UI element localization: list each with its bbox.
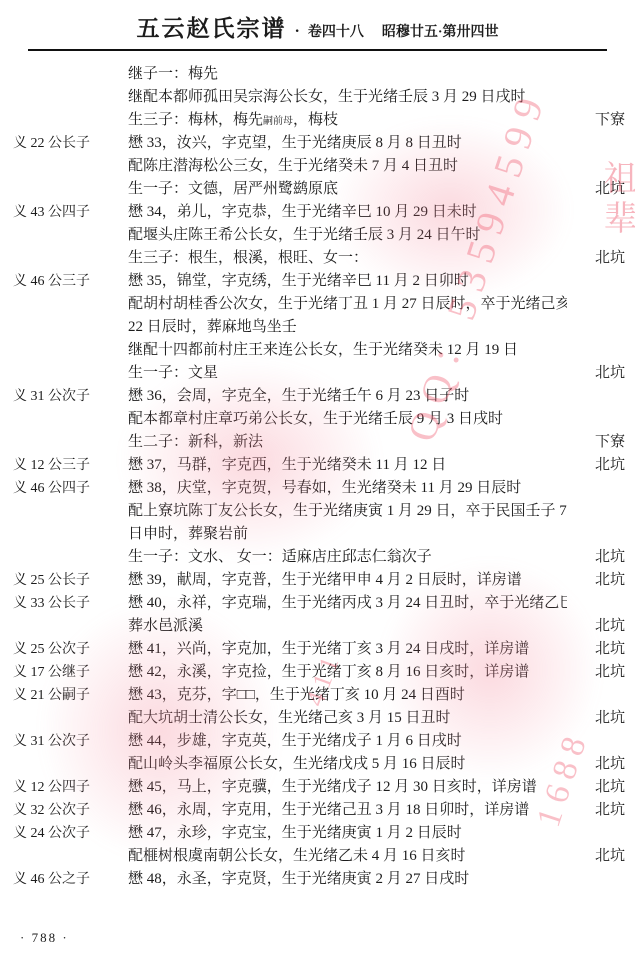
row-entry-text: 懋 48，永圣，字克贤，生于光绪庚寅 2 月 27 日戌时 [128, 868, 567, 892]
row-kinship-label: 义 32 公次子 [0, 799, 128, 822]
row-kinship-label: 义 31 公次子 [0, 730, 128, 753]
book-title: 五云赵氏宗谱 [136, 16, 286, 41]
row-text-main: 继子一：梅先 [128, 66, 218, 82]
row-location-tag: 下寮 [567, 431, 635, 454]
row-text-main: 葬水邑派溪 [128, 618, 203, 634]
row-text-main: 配榧树根虞南朝公长女，生光绪乙未 4 月 16 日亥时 [128, 848, 466, 864]
row-entry-text: 配山岭头李福原公长女，生光绪戊戌 5 月 16 日辰时 [128, 753, 567, 777]
row-location-tag: 北坑 [567, 569, 635, 592]
row-kinship-label: 义 17 公继子 [0, 661, 128, 684]
row-text-main: 日申时，葬聚岩前 [128, 526, 248, 542]
row-text-main: 生一子：文德，居严州鹭鹚原底 [128, 181, 338, 197]
row-text-main: 懋 38，庆堂，字克贺，号春如，生光绪癸未 11 月 29 日辰时 [128, 480, 521, 496]
row-entry-text: 配本都章村庄章巧弟公长女，生于光绪壬辰 9 月 3 日戌时 [128, 408, 567, 432]
row-entry-text: 懋 34，弟儿，字克恭，生于光绪辛巳 10 月 29 日未时 [128, 201, 567, 225]
row-text-main: 懋 34，弟儿，字克恭，生于光绪辛巳 10 月 29 日未时 [128, 204, 477, 220]
page-header: 五云赵氏宗谱 · 卷四十八 昭穆廿五·第卅四世 [0, 0, 635, 43]
genealogy-row: 22 日辰时，葬麻地鸟坐壬 [0, 316, 635, 339]
row-kinship-label: 义 25 公长子 [0, 569, 128, 592]
row-kinship-label: 义 25 公次子 [0, 638, 128, 661]
row-kinship-label: 义 21 公嗣子 [0, 684, 128, 707]
genealogy-row: 义 12 公四子 懋 45，马上，字克骥，生于光绪戊子 12 月 30 日亥时，… [0, 776, 635, 799]
row-entry-text: 懋 42，永溪，字克捡，生于光绪丁亥 8 月 16 日亥时，详房谱 [128, 661, 567, 685]
row-location-tag: 北坑 [567, 661, 635, 684]
row-text-main: 懋 37，马群，字克西，生于光绪癸未 11 月 12 日 [128, 457, 446, 473]
row-entry-text: 生一子：文星 [128, 362, 567, 386]
row-text-main: 懋 39，献周，字克普，生于光绪甲申 4 月 2 日辰时，详房谱 [128, 572, 522, 588]
row-text-main: 配堰头庄陈王希公长女，生于光绪壬辰 3 月 24 日午时 [128, 227, 481, 243]
genealogy-row: 义 25 公长子 懋 39，献周，字克普，生于光绪甲申 4 月 2 日辰时，详房… [0, 569, 635, 592]
row-kinship-label: 义 43 公四子 [0, 201, 128, 224]
row-location-tag: 北坑 [567, 362, 635, 385]
genealogy-row: 配山岭头李福原公长女，生光绪戊戌 5 月 16 日辰时 北坑 [0, 753, 635, 776]
row-kinship-label: 义 24 公次子 [0, 822, 128, 845]
row-text-main: 懋 33，汝兴，字克望，生于光绪庚辰 8 月 8 日丑时 [128, 135, 462, 151]
row-text-main: 继配本都师孤田吴宗海公长女，生于光绪壬辰 3 月 29 日戌时 [128, 89, 526, 105]
row-entry-text: 配上寮坑陈丁友公长女，生于光绪庚寅 1 月 29 日，卒于民国壬子 7 月 14 [128, 500, 567, 524]
row-entry-text: 生二子：新科，新法 [128, 431, 567, 455]
row-kinship-label: 义 46 公三子 [0, 270, 128, 293]
genealogy-row: 义 31 公次子 懋 36，会周，字克全，生于光绪壬午 6 月 23 日子时 [0, 385, 635, 408]
row-entry-text: 配大坑胡士清公长女，生光绪己亥 3 月 15 日丑时 [128, 707, 567, 731]
genealogy-row: 义 17 公继子 懋 42，永溪，字克捡，生于光绪丁亥 8 月 16 日亥时，详… [0, 661, 635, 684]
genealogy-row: 义 32 公次子 懋 46，永周，字克用，生于光绪己丑 3 月 18 日卯时，详… [0, 799, 635, 822]
row-entry-text: 懋 39，献周，字克普，生于光绪甲申 4 月 2 日辰时，详房谱 [128, 569, 567, 593]
row-entry-text: 继子一：梅先 [128, 63, 567, 87]
row-text-main: 配陈庄潜海松公三女，生于光绪癸未 7 月 4 日丑时 [128, 158, 458, 174]
row-text-main: 懋 43，克芬，字□□，生于光绪丁亥 10 月 24 日酉时 [128, 687, 465, 703]
row-entry-text: 配堰头庄陈王希公长女，生于光绪壬辰 3 月 24 日午时 [128, 224, 567, 248]
genealogy-row: 继配本都师孤田吴宗海公长女，生于光绪壬辰 3 月 29 日戌时 [0, 86, 635, 109]
row-entry-text: 葬水邑派溪 [128, 615, 567, 639]
genealogy-row: 义 31 公次子 懋 44，步雄，字克英，生于光绪戊子 1 月 6 日戌时 [0, 730, 635, 753]
row-entry-text: 懋 44，步雄，字克英，生于光绪戊子 1 月 6 日戌时 [128, 730, 567, 754]
genealogy-row: 生一子：文德，居严州鹭鹚原底 北坑 [0, 178, 635, 201]
row-entry-text: 懋 35，锦堂，字克绣，生于光绪辛巳 11 月 2 日卯时 [128, 270, 567, 294]
row-entry-text: 懋 36，会周，字克全，生于光绪壬午 6 月 23 日子时 [128, 385, 567, 409]
genealogy-row: 日申时，葬聚岩前 [0, 523, 635, 546]
genealogy-page: 五云赵氏宗谱 · 卷四十八 昭穆廿五·第卅四世 继子一：梅先 继配本都师孤田吴宗… [0, 0, 635, 968]
row-text-main: 懋 46，永周，字克用，生于光绪己丑 3 月 18 日卯时，详房谱 [128, 802, 529, 818]
row-location-tag: 北坑 [567, 178, 635, 201]
genealogy-row: 义 33 公长子 懋 40，永祥，字克瑞，生于光绪丙戌 3 月 24 日丑时，卒… [0, 592, 635, 615]
row-entry-text: 配胡村胡桂香公次女，生于光绪丁丑 1 月 27 日辰时，卒于光绪己亥 3 月 [128, 293, 567, 317]
row-text-main: 懋 48，永圣，字克贤，生于光绪庚寅 2 月 27 日戌时 [128, 871, 469, 887]
row-text-main: 懋 45，马上，字克骥，生于光绪戊子 12 月 30 日亥时，详房谱 [128, 779, 537, 795]
row-kinship-label: 义 12 公四子 [0, 776, 128, 799]
row-kinship-label: 义 46 公四子 [0, 477, 128, 500]
row-location-tag: 北坑 [567, 776, 635, 799]
genealogy-row: 生一子：文星 北坑 [0, 362, 635, 385]
genealogy-row: 生三子：梅林，梅先嗣前母，梅枝 下寮 [0, 109, 635, 132]
row-location-tag: 北坑 [567, 454, 635, 477]
row-location-tag: 北坑 [567, 707, 635, 730]
genealogy-row: 配胡村胡桂香公次女，生于光绪丁丑 1 月 27 日辰时，卒于光绪己亥 3 月 [0, 293, 635, 316]
row-text-main: 懋 42，永溪，字克捡，生于光绪丁亥 8 月 16 日亥时，详房谱 [128, 664, 529, 680]
genealogy-row: 义 46 公三子 懋 35，锦堂，字克绣，生于光绪辛巳 11 月 2 日卯时 [0, 270, 635, 293]
row-text-main: 懋 41，兴尚，字克加，生于光绪丁亥 3 月 24 日戌时，详房谱 [128, 641, 529, 657]
genealogy-row: 义 43 公四子 懋 34，弟儿，字克恭，生于光绪辛巳 10 月 29 日未时 [0, 201, 635, 224]
row-entry-text: 懋 38，庆堂，字克贺，号春如，生光绪癸未 11 月 29 日辰时 [128, 477, 567, 501]
genealogy-row: 配本都章村庄章巧弟公长女，生于光绪壬辰 9 月 3 日戌时 [0, 408, 635, 431]
row-entry-text: 生三子：根生，根溪，根旺、女一： [128, 247, 567, 271]
row-location-tag: 下寮 [567, 109, 635, 132]
row-entry-text: 生一子：文德，居严州鹭鹚原底 [128, 178, 567, 202]
genealogy-row: 生一子：文水、 女一：适麻店庄邱志仁翁次子 北坑 [0, 546, 635, 569]
row-kinship-label: 义 22 公长子 [0, 132, 128, 155]
genealogy-row: 义 46 公之子 懋 48，永圣，字克贤，生于光绪庚寅 2 月 27 日戌时 [0, 868, 635, 891]
genealogy-row: 葬水邑派溪 北坑 [0, 615, 635, 638]
genealogy-row: 义 46 公四子 懋 38，庆堂，字克贺，号春如，生光绪癸未 11 月 29 日… [0, 477, 635, 500]
row-kinship-label: 义 46 公之子 [0, 868, 128, 891]
row-text-main: 生三子：根生，根溪，根旺、女一： [128, 250, 368, 266]
row-entry-text: 懋 33，汝兴，字克望，生于光绪庚辰 8 月 8 日丑时 [128, 132, 567, 156]
row-entry-text: 懋 46，永周，字克用，生于光绪己丑 3 月 18 日卯时，详房谱 [128, 799, 567, 823]
row-text-cont: ，梅枝 [293, 112, 338, 128]
generation-label: 昭穆廿五·第卅四世 [382, 25, 499, 40]
row-text-main: 懋 47，永珍，字克宝，生于光绪庚寅 1 月 2 日辰时 [128, 825, 462, 841]
genealogy-row: 配陈庄潜海松公三女，生于光绪癸未 7 月 4 日丑时 [0, 155, 635, 178]
row-text-main: 配本都章村庄章巧弟公长女，生于光绪壬辰 9 月 3 日戌时 [128, 411, 503, 427]
row-text-main: 配上寮坑陈丁友公长女，生于光绪庚寅 1 月 29 日，卒于民国壬子 7 月 14 [128, 503, 567, 519]
genealogy-row: 生二子：新科，新法 下寮 [0, 431, 635, 454]
genealogy-row: 义 22 公长子 懋 33，汝兴，字克望，生于光绪庚辰 8 月 8 日丑时 [0, 132, 635, 155]
row-small-note: 嗣前母 [263, 116, 293, 127]
genealogy-row: 义 24 公次子 懋 47，永珍，字克宝，生于光绪庚寅 1 月 2 日辰时 [0, 822, 635, 845]
row-entry-text: 日申时，葬聚岩前 [128, 523, 567, 547]
title-separator-dot: · [294, 23, 299, 40]
row-entry-text: 继配十四都前村庄王来连公长女，生于光绪癸未 12 月 19 日 [128, 339, 567, 363]
row-kinship-label: 义 33 公长子 [0, 592, 128, 615]
row-entry-text: 懋 45，马上，字克骥，生于光绪戊子 12 月 30 日亥时，详房谱 [128, 776, 567, 800]
genealogy-row: 义 12 公三子 懋 37，马群，字克西，生于光绪癸未 11 月 12 日 北坑 [0, 454, 635, 477]
row-entry-text: 生三子：梅林，梅先嗣前母，梅枝 [128, 109, 567, 133]
row-location-tag: 北坑 [567, 638, 635, 661]
row-entry-text: 继配本都师孤田吴宗海公长女，生于光绪壬辰 3 月 29 日戌时 [128, 86, 567, 110]
page-number: · 788 · [20, 930, 69, 946]
row-text-main: 继配十四都前村庄王来连公长女，生于光绪癸未 12 月 19 日 [128, 342, 518, 358]
row-text-main: 配大坑胡士清公长女，生光绪己亥 3 月 15 日丑时 [128, 710, 451, 726]
row-entry-text: 22 日辰时，葬麻地鸟坐壬 [128, 316, 567, 340]
row-entry-text: 懋 40，永祥，字克瑞，生于光绪丙戌 3 月 24 日丑时，卒于光绪乙巳 6 月… [128, 592, 567, 616]
row-location-tag: 北坑 [567, 799, 635, 822]
row-text-main: 配胡村胡桂香公次女，生于光绪丁丑 1 月 27 日辰时，卒于光绪己亥 3 月 [128, 296, 567, 312]
row-text-main: 配山岭头李福原公长女，生光绪戊戌 5 月 16 日辰时 [128, 756, 466, 772]
row-kinship-label: 义 12 公三子 [0, 454, 128, 477]
row-entry-text: 懋 37，马群，字克西，生于光绪癸未 11 月 12 日 [128, 454, 567, 478]
row-location-tag: 北坑 [567, 615, 635, 638]
row-text-main: 懋 36，会周，字克全，生于光绪壬午 6 月 23 日子时 [128, 388, 469, 404]
row-location-tag: 北坑 [567, 247, 635, 270]
row-entry-text: 配榧树根虞南朝公长女，生光绪乙未 4 月 16 日亥时 [128, 845, 567, 869]
row-text-main: 22 日辰时，葬麻地鸟坐壬 [128, 319, 297, 335]
row-location-tag: 北坑 [567, 845, 635, 868]
genealogy-row: 继子一：梅先 [0, 63, 635, 86]
row-entry-text: 懋 43，克芬，字□□，生于光绪丁亥 10 月 24 日酉时 [128, 684, 567, 708]
row-text-main: 懋 44，步雄，字克英，生于光绪戊子 1 月 6 日戌时 [128, 733, 462, 749]
genealogy-rows: 继子一：梅先 继配本都师孤田吴宗海公长女，生于光绪壬辰 3 月 29 日戌时 生… [0, 51, 635, 891]
genealogy-row: 义 25 公次子 懋 41，兴尚，字克加，生于光绪丁亥 3 月 24 日戌时，详… [0, 638, 635, 661]
row-text-main: 生一子：文星 [128, 365, 218, 381]
row-text-main: 生一子：文水、 女一：适麻店庄邱志仁翁次子 [128, 549, 432, 565]
row-text-main: 懋 35，锦堂，字克绣，生于光绪辛巳 11 月 2 日卯时 [128, 273, 469, 289]
row-entry-text: 配陈庄潜海松公三女，生于光绪癸未 7 月 4 日丑时 [128, 155, 567, 179]
genealogy-row: 配榧树根虞南朝公长女，生光绪乙未 4 月 16 日亥时 北坑 [0, 845, 635, 868]
genealogy-row: 生三子：根生，根溪，根旺、女一： 北坑 [0, 247, 635, 270]
genealogy-row: 配堰头庄陈王希公长女，生于光绪壬辰 3 月 24 日午时 [0, 224, 635, 247]
row-entry-text: 生一子：文水、 女一：适麻店庄邱志仁翁次子 [128, 546, 567, 570]
row-location-tag: 北坑 [567, 546, 635, 569]
genealogy-row: 配大坑胡士清公长女，生光绪己亥 3 月 15 日丑时 北坑 [0, 707, 635, 730]
row-text-main: 生二子：新科，新法 [128, 434, 263, 450]
genealogy-row: 义 21 公嗣子 懋 43，克芬，字□□，生于光绪丁亥 10 月 24 日酉时 [0, 684, 635, 707]
row-entry-text: 懋 47，永珍，字克宝，生于光绪庚寅 1 月 2 日辰时 [128, 822, 567, 846]
row-text-main: 生三子：梅林，梅先 [128, 112, 263, 128]
row-text-main: 懋 40，永祥，字克瑞，生于光绪丙戌 3 月 24 日丑时，卒于光绪乙巳 6 月… [128, 595, 567, 611]
genealogy-row: 配上寮坑陈丁友公长女，生于光绪庚寅 1 月 29 日，卒于民国壬子 7 月 14 [0, 500, 635, 523]
row-kinship-label: 义 31 公次子 [0, 385, 128, 408]
row-location-tag: 北坑 [567, 753, 635, 776]
genealogy-row: 继配十四都前村庄王来连公长女，生于光绪癸未 12 月 19 日 [0, 339, 635, 362]
row-entry-text: 懋 41，兴尚，字克加，生于光绪丁亥 3 月 24 日戌时，详房谱 [128, 638, 567, 662]
volume-label: 卷四十八 [308, 25, 364, 40]
